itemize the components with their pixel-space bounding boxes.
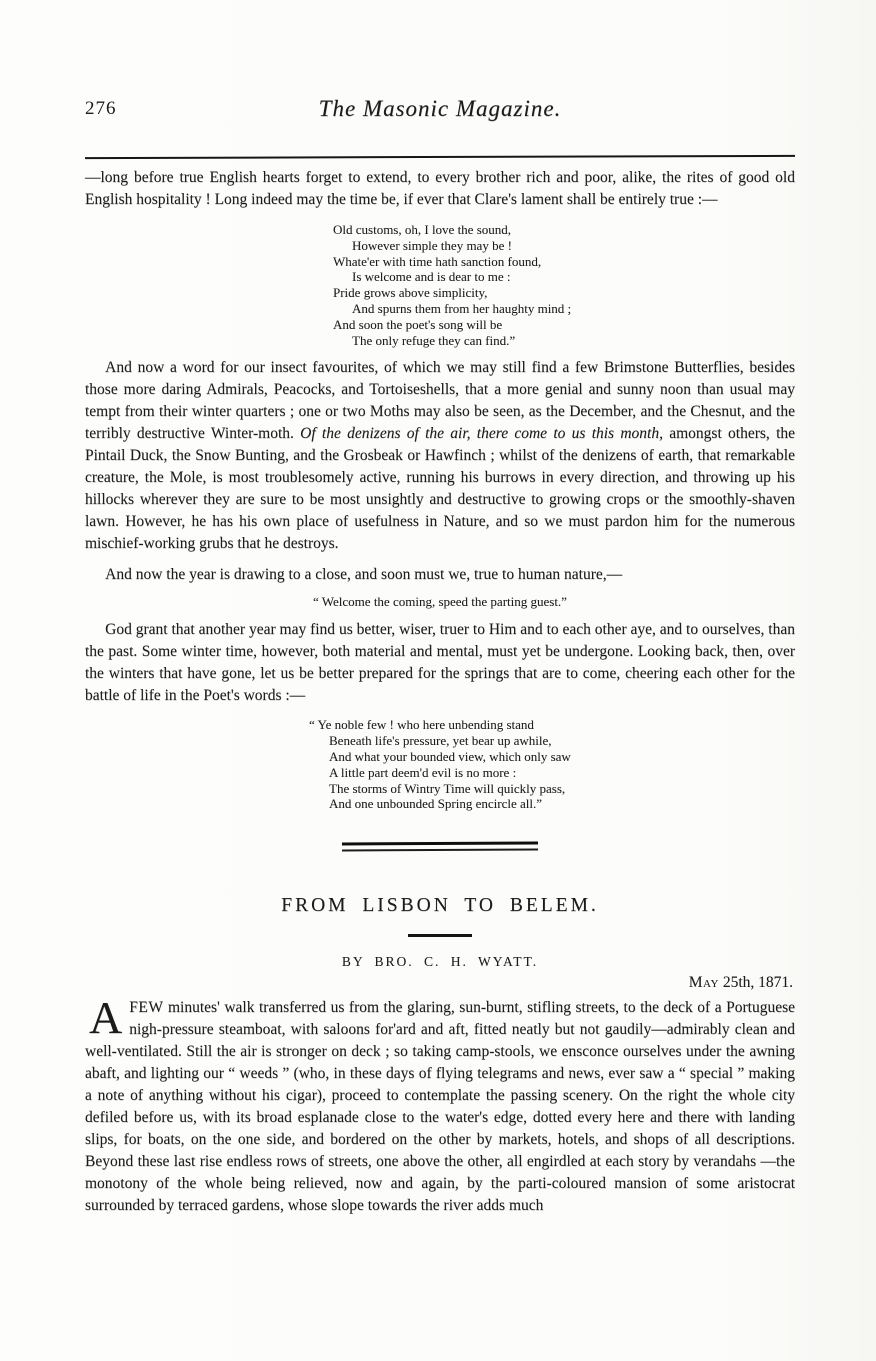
page-body: —long before true English hearts forget … xyxy=(85,167,795,1217)
paragraph-lisbon: AFEW minutes' walk transferred us from t… xyxy=(85,997,795,1217)
masthead: 276 The Masonic Magazine. xyxy=(85,0,795,130)
poem-line: The only refuge they can find.” xyxy=(333,333,795,349)
article-title-rule xyxy=(408,934,472,937)
dateline-rest: 25th, 1871. xyxy=(719,974,793,991)
poem-line: Beneath life's pressure, yet bear up awh… xyxy=(309,733,795,749)
article-title: FROM LISBON TO BELEM. xyxy=(85,895,795,917)
byline: BY BRO. C. H. WYATT. xyxy=(85,954,795,970)
poem-line: And what your bounded view, which only s… xyxy=(309,749,795,765)
poem-old-customs: Old customs, oh, I love the sound, Howev… xyxy=(333,222,795,348)
poem-line: Whate'er with time hath sanction found, xyxy=(333,254,795,270)
poem-line: And one unbounded Spring encircle all.” xyxy=(309,796,795,812)
paragraph-god-grant: God grant that another year may find us … xyxy=(85,619,795,707)
page-number: 276 xyxy=(85,98,117,120)
section-divider-rule xyxy=(342,842,538,852)
paragraph-lisbon-text: minutes' walk transferred us from the gl… xyxy=(85,999,795,1214)
paragraph-insects-text-2: amongst others, the Pintail Duck, the Sn… xyxy=(85,425,795,552)
poem-ye-noble-few: “ Ye noble few ! who here unbending stan… xyxy=(309,717,795,812)
poem-line: Pride grows above simplicity, xyxy=(333,285,795,301)
page-content: 276 The Masonic Magazine. —long before t… xyxy=(85,0,795,1217)
dropcap-letter: A xyxy=(85,997,129,1037)
lead-word: FEW xyxy=(129,999,163,1016)
poem-line: And soon the poet's song will be xyxy=(333,317,795,333)
dateline: May 25th, 1871. xyxy=(85,974,793,992)
poem-line: Is welcome and is dear to me : xyxy=(333,269,795,285)
paragraph-insects-italic: Of the denizens of the air, there come t… xyxy=(300,425,663,442)
poem-line: The storms of Wintry Time will quickly p… xyxy=(309,781,795,797)
poem-line: And spurns them from her haughty mind ; xyxy=(333,301,795,317)
header-rule xyxy=(85,155,795,159)
journal-title: The Masonic Magazine. xyxy=(85,96,795,122)
poem-line: However simple they may be ! xyxy=(333,238,795,254)
poem-line: Old customs, oh, I love the sound, xyxy=(333,222,795,238)
paragraph-insects: And now a word for our insect favourites… xyxy=(85,357,795,555)
quote-welcome: “ Welcome the coming, speed the parting … xyxy=(85,593,795,610)
dateline-month: May xyxy=(689,974,719,991)
magazine-page: 276 The Masonic Magazine. —long before t… xyxy=(0,0,876,1361)
paragraph-year-close: And now the year is drawing to a close, … xyxy=(85,564,795,586)
poem-line: “ Ye noble few ! who here unbending stan… xyxy=(309,717,795,733)
poem-line: A little part deem'd evil is no more : xyxy=(309,765,795,781)
paragraph-hospitality: —long before true English hearts forget … xyxy=(85,167,795,211)
